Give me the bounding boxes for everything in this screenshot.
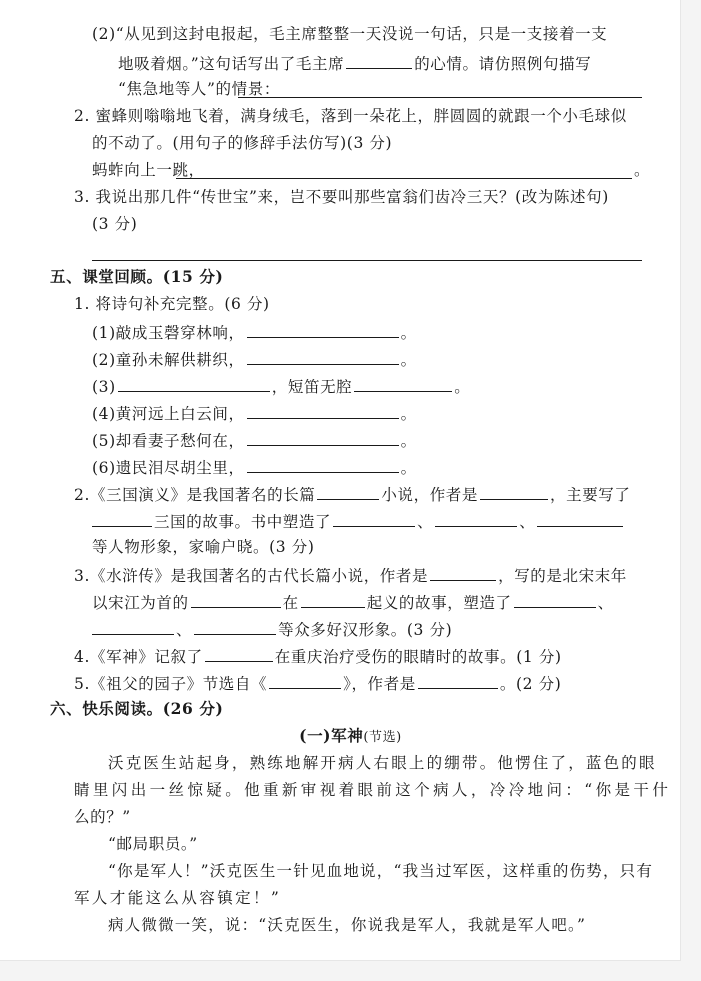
q2-prompt: 蚂蚱向上一跳，: [92, 161, 205, 179]
poem-item-3-suffix: 。: [454, 378, 470, 396]
poem-item-4-prefix: (4)黄河远上白云间，: [92, 405, 245, 423]
blank-hero-2[interactable]: [92, 618, 174, 635]
blank-novel-type[interactable]: [317, 483, 379, 500]
poem-blank-3a[interactable]: [118, 375, 270, 392]
s5-q5: 5.《祖父的园子》节选自《》，作者是。(2 分): [74, 672, 561, 694]
poem-item-3: (3)，短笛无腔。: [92, 375, 470, 397]
blank-book-title[interactable]: [269, 672, 341, 689]
s5-q2-text-c: ，主要写了: [550, 486, 631, 504]
poem-blank-2[interactable]: [247, 348, 399, 365]
s5-q4-text-a: 4.《军神》记叙了: [74, 648, 203, 666]
s5-q4-text-b: 在重庆治疗受伤的眼睛时的故事。(1 分): [275, 648, 562, 666]
q1-2-line3: “焦急地等人”的情景：: [118, 79, 280, 99]
q1-2-line2: 地吸着烟。”这句话写出了毛主席的心情。请仿照例句描写: [118, 52, 591, 74]
blank-character-3[interactable]: [537, 510, 623, 527]
s5-q4: 4.《军神》记叙了在重庆治疗受伤的眼睛时的故事。(1 分): [74, 645, 562, 667]
passage-p2: “邮局职员。”: [108, 834, 198, 854]
q1-2-text-b: 的心情。请仿照例句描写: [414, 55, 591, 73]
poem-item-2-prefix: (2)童孙未解供耕织，: [92, 351, 245, 369]
q1-2-line1: (2)“从见到这封电报起，毛主席整整一天没说一句话，只是一支接着一支: [92, 24, 607, 44]
q2-line2: 的不动了。(用句子的修辞手法仿写)(3 分): [92, 133, 392, 153]
poem-item-1-suffix: 。: [401, 324, 417, 342]
blank-character-1[interactable]: [333, 510, 415, 527]
s5-q3-text-f: 等众多好汉形象。(3 分): [278, 621, 452, 639]
passage-p4: 病人微微一笑，说：“沃克医生，你说我是军人，我就是军人吧。”: [108, 915, 586, 935]
q2-line3: 蚂蚱向上一跳，: [92, 160, 205, 180]
q1-2-text-a: 地吸着烟。”这句话写出了毛主席: [118, 55, 344, 73]
answer-blank-mood[interactable]: [346, 52, 412, 69]
s5-q2-line2: 三国的故事。书中塑造了、、: [92, 510, 625, 532]
s5-q3-line1: 3.《水浒传》是我国著名的古代长篇小说，作者是，写的是北宋末年: [74, 564, 627, 586]
blank-person[interactable]: [205, 645, 273, 662]
poem-item-1: (1)敲成玉磬穿林响，。: [92, 321, 417, 343]
s5-q2-text-d: 三国的故事。书中塑造了: [154, 513, 331, 531]
poem-blank-3b[interactable]: [354, 375, 452, 392]
poem-item-5-prefix: (5)却看妻子愁何在，: [92, 432, 245, 450]
poem-item-4: (4)黄河远上白云间，。: [92, 402, 417, 424]
s5-q3-text-d: 在: [283, 594, 299, 612]
answer-line-statement[interactable]: [92, 260, 642, 261]
answer-line-imitation[interactable]: [176, 178, 632, 179]
blank-character-2[interactable]: [435, 510, 517, 527]
poem-item-6: (6)遗民泪尽胡尘里，。: [92, 456, 417, 478]
s5-q3-text-b: ，写的是北宋末年: [498, 567, 627, 585]
s5-q1-prompt: 1. 将诗句补充完整。(6 分): [74, 294, 270, 314]
q2-period: 。: [634, 160, 650, 180]
separator: 、: [417, 513, 433, 531]
q2-line1: 2. 蜜蜂则嗡嗡地飞着，满身绒毛，落到一朵花上，胖圆圆的就跟一个小毛球似: [74, 106, 627, 126]
blank-author-sanguo[interactable]: [480, 483, 548, 500]
poem-item-6-suffix: 。: [401, 459, 417, 477]
s5-q3-text-e: 起义的故事，塑造了: [367, 594, 512, 612]
passage-p3-line1: “你是军人！”沃克医生一针见血地说，“我当过军医，这样重的伤势，只有: [108, 861, 653, 881]
poem-blank-6[interactable]: [247, 456, 399, 473]
poem-blank-4[interactable]: [247, 402, 399, 419]
passage-excerpt-note: (节选): [363, 730, 402, 745]
blank-place[interactable]: [301, 591, 365, 608]
blank-author-garden[interactable]: [418, 672, 498, 689]
s5-q5-text-b: 》，作者是: [343, 675, 416, 693]
separator: 、: [176, 621, 192, 639]
blank-hero-1[interactable]: [514, 591, 596, 608]
poem-item-2: (2)童孙未解供耕织，。: [92, 348, 417, 370]
s5-q3-text-c: 以宋江为首的: [92, 594, 189, 612]
s5-q2-line3: 等人物形象，家喻户晓。(3 分): [92, 537, 314, 557]
section5-heading: 五、课堂回顾。(15 分): [50, 267, 223, 287]
blank-group[interactable]: [191, 591, 281, 608]
s5-q2-line1: 2.《三国演义》是我国著名的长篇小说，作者是，主要写了: [74, 483, 631, 505]
poem-blank-5[interactable]: [247, 429, 399, 446]
separator: 、: [519, 513, 535, 531]
passage-p1-line1: 沃克医生站起身，熟练地解开病人右眼上的绷带。他愣住了，蓝色的眼: [108, 753, 657, 773]
poem-item-4-suffix: 。: [401, 405, 417, 423]
blank-author-shuihu[interactable]: [430, 564, 496, 581]
s5-q2-text-a: 2.《三国演义》是我国著名的长篇: [74, 486, 315, 504]
poem-item-5: (5)却看妻子愁何在，。: [92, 429, 417, 451]
poem-item-3-middle: ，短笛无腔: [272, 378, 353, 396]
poem-item-2-suffix: 。: [401, 351, 417, 369]
passage-title: (一)军神(节选): [0, 726, 701, 748]
poem-blank-1[interactable]: [247, 321, 399, 338]
blank-hero-3[interactable]: [194, 618, 276, 635]
s5-q3-line3: 、等众多好汉形象。(3 分): [92, 618, 452, 640]
answer-line-scene[interactable]: [238, 97, 642, 98]
s5-q5-text-a: 5.《祖父的园子》节选自《: [74, 675, 267, 693]
s5-q3-text-a: 3.《水浒传》是我国著名的古代长篇小说，作者是: [74, 567, 428, 585]
q3-line1: 3. 我说出那几件“传世宝”来，岂不要叫那些富翁们齿冷三天？(改为陈述句): [74, 187, 609, 207]
passage-p1-line3: 么的？”: [74, 807, 131, 827]
exam-paper: (2)“从见到这封电报起，毛主席整整一天没说一句话，只是一支接着一支 地吸着烟。…: [0, 0, 681, 961]
q3-line2: (3 分): [92, 214, 137, 234]
s5-q5-text-c: 。(2 分): [500, 675, 561, 693]
section6-heading: 六、快乐阅读。(26 分): [50, 699, 223, 719]
s5-q3-line2: 以宋江为首的在起义的故事，塑造了、: [92, 591, 614, 613]
poem-item-6-prefix: (6)遗民泪尽胡尘里，: [92, 459, 245, 477]
blank-period[interactable]: [92, 510, 152, 527]
poem-item-5-suffix: 。: [401, 432, 417, 450]
poem-item-3-prefix: (3): [92, 378, 116, 396]
poem-item-1-prefix: (1)敲成玉磬穿林响，: [92, 324, 245, 342]
passage-title-text: (一)军神: [299, 726, 363, 745]
passage-p1-line2: 睛里闪出一丝惊疑。他重新审视着眼前这个病人，冷冷地问：“你是干什: [74, 780, 671, 800]
separator: 、: [598, 594, 614, 612]
passage-p3-line2: 军人才能这么从容镇定！”: [74, 888, 281, 908]
s5-q2-text-b: 小说，作者是: [381, 486, 478, 504]
